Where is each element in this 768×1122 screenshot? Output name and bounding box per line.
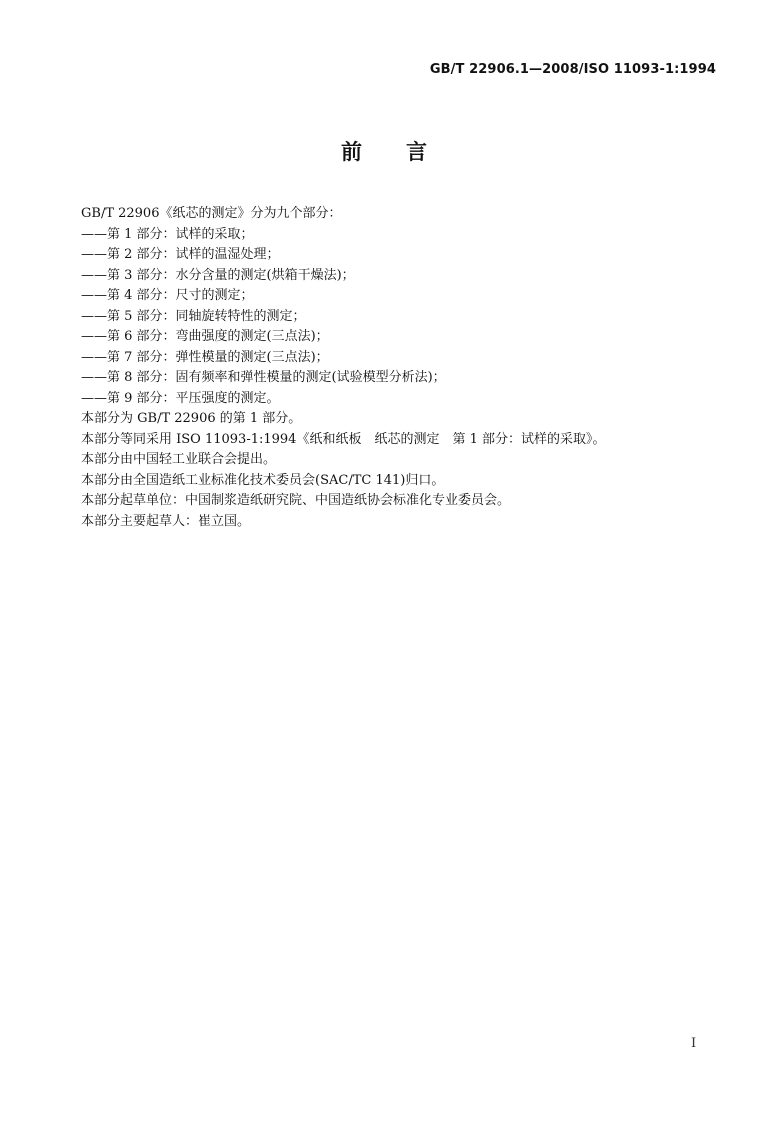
drafting-units-statement: 本部分起草单位：中国制浆造纸研究院、中国造纸协会标准化专业委员会。 bbox=[81, 491, 721, 512]
part-list-item: ——第 7 部分：弹性模量的测定(三点法)； bbox=[81, 348, 721, 369]
part-list-item: ——第 4 部分：尺寸的测定； bbox=[81, 286, 721, 307]
standard-number-header: GB/T 22906.1—2008/ISO 11093-1:1994 bbox=[430, 62, 716, 77]
part-list-item: ——第 3 部分：水分含量的测定(烘箱干燥法)； bbox=[81, 266, 721, 287]
foreword-body: GB/T 22906《纸芯的测定》分为九个部分： ——第 1 部分：试样的采取；… bbox=[81, 204, 721, 532]
foreword-intro-line: GB/T 22906《纸芯的测定》分为九个部分： bbox=[81, 204, 721, 225]
part-list-item: ——第 9 部分：平压强度的测定。 bbox=[81, 389, 721, 410]
part-list-item: ——第 5 部分：同轴旋转特性的测定； bbox=[81, 307, 721, 328]
adoption-statement: 本部分等同采用 ISO 11093-1:1994《纸和纸板 纸芯的测定 第 1 … bbox=[81, 430, 721, 451]
part-list-item: ——第 6 部分：弯曲强度的测定(三点法)； bbox=[81, 327, 721, 348]
drafters-statement: 本部分主要起草人：崔立国。 bbox=[81, 512, 721, 533]
part-list-item: ——第 8 部分：固有频率和弹性模量的测定(试验模型分析法)； bbox=[81, 368, 721, 389]
page-title: 前言 bbox=[0, 136, 768, 166]
part-list-item: ——第 1 部分：试样的采取； bbox=[81, 225, 721, 246]
part-list-item: ——第 2 部分：试样的温湿处理； bbox=[81, 245, 721, 266]
part-statement: 本部分为 GB/T 22906 的第 1 部分。 bbox=[81, 409, 721, 430]
proposer-statement: 本部分由中国轻工业联合会提出。 bbox=[81, 450, 721, 471]
committee-statement: 本部分由全国造纸工业标准化技术委员会(SAC/TC 141)归口。 bbox=[81, 471, 721, 492]
page-number: I bbox=[691, 1036, 696, 1051]
